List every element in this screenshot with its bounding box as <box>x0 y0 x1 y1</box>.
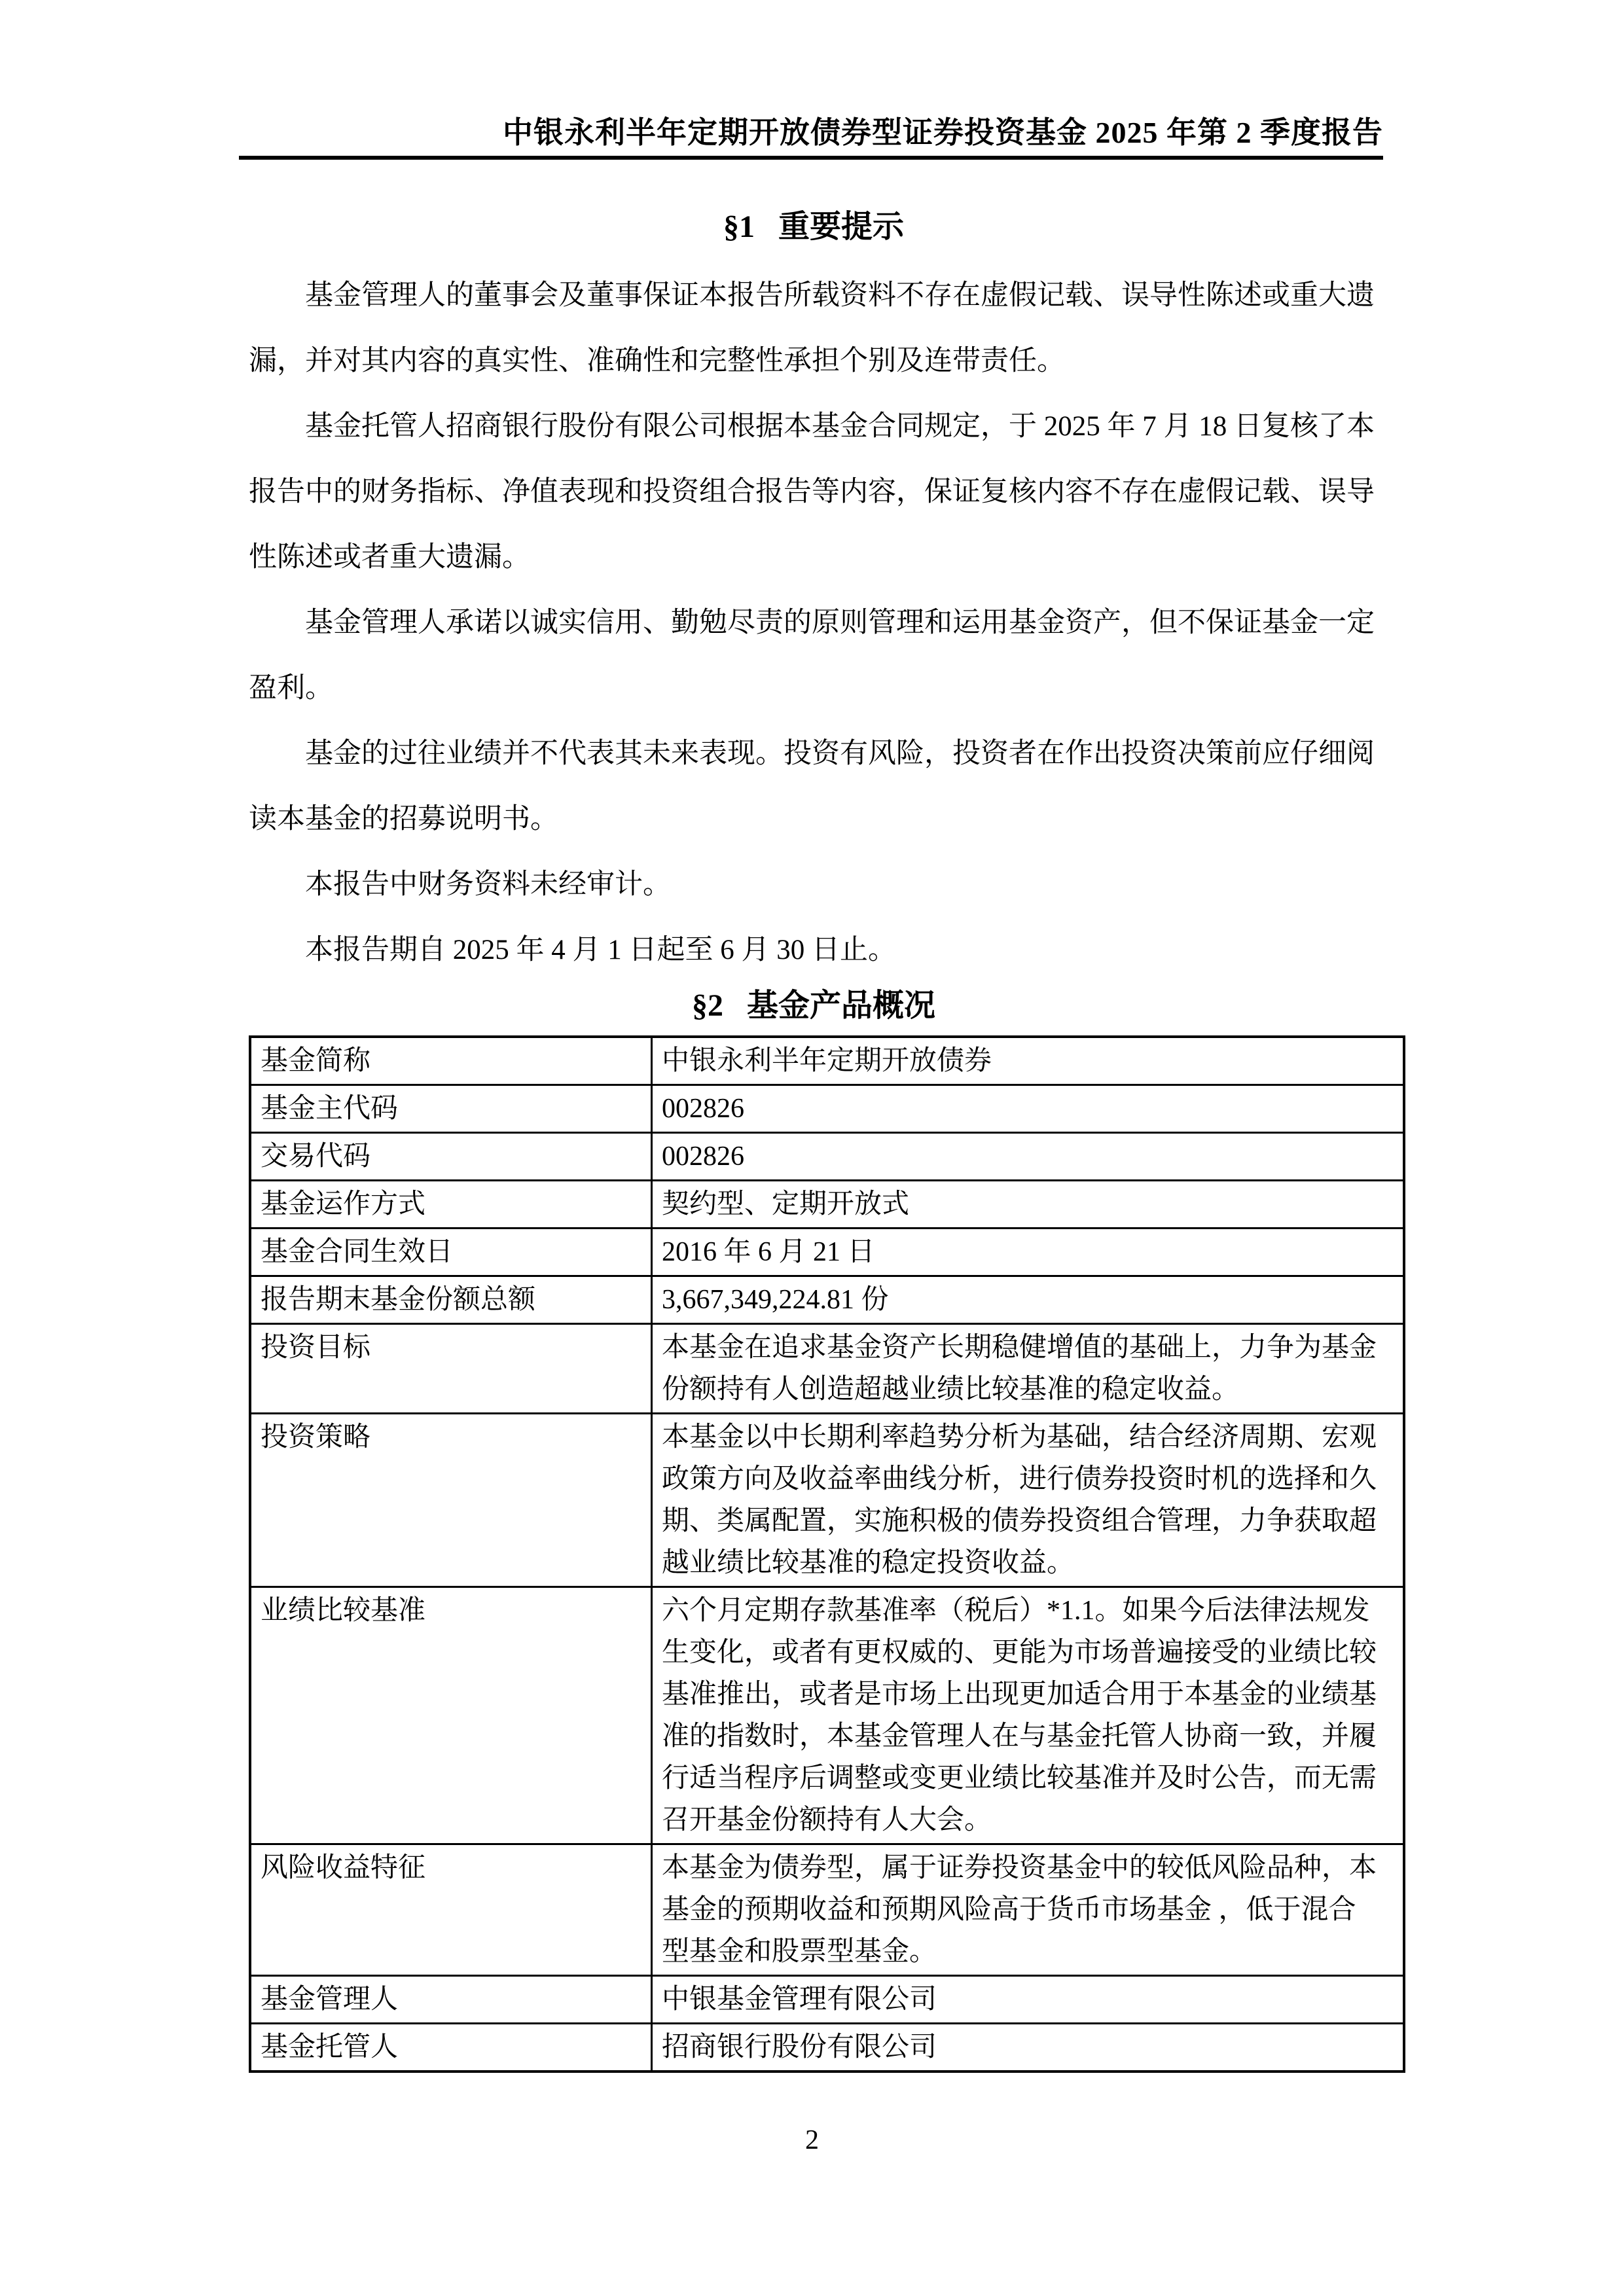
page-header: 中银永利半年定期开放债券型证券投资基金 2025 年第 2 季度报告 <box>239 0 1383 160</box>
row-label: 基金托管人 <box>250 2024 652 2072</box>
row-value: 002826 <box>652 1133 1405 1181</box>
row-value: 本基金为债券型，属于证券投资基金中的较低风险品种，本 基金的预期收益和预期风险高… <box>652 1844 1405 1976</box>
paragraph-report-period: 本报告期自 2025 年 4 月 1 日起至 6 月 30 日止。 <box>249 918 1379 983</box>
row-label: 基金合同生效日 <box>250 1229 652 1276</box>
report-page: 中银永利半年定期开放债券型证券投资基金 2025 年第 2 季度报告 §1重要提… <box>0 0 1624 2296</box>
table-row-risk-return-profile: 风险收益特征 本基金为债券型，属于证券投资基金中的较低风险品种，本 基金的预期收… <box>250 1844 1404 1976</box>
row-label: 基金管理人 <box>250 1976 652 2024</box>
report-header-title: 中银永利半年定期开放债券型证券投资基金 2025 年第 2 季度报告 <box>503 114 1383 156</box>
fund-overview-table: 基金简称 中银永利半年定期开放债券 基金主代码 002826 交易代码 0028… <box>249 1035 1405 2073</box>
table-row-investment-objective: 投资目标 本基金在追求基金资产长期稳健增值的基础上，力争为基金 份额持有人创造超… <box>250 1324 1404 1414</box>
table-row-fund-custodian: 基金托管人 招商银行股份有限公司 <box>250 2024 1404 2072</box>
section2-heading: §2基金产品概况 <box>249 986 1379 1026</box>
section1-paragraphs: 基金管理人的董事会及董事保证本报告所载资料不存在虚假记载、误导性陈述或重大遗 漏… <box>249 263 1379 983</box>
section1-heading: §1重要提示 <box>249 207 1379 247</box>
row-value: 中银永利半年定期开放债券 <box>652 1037 1405 1085</box>
row-label: 基金运作方式 <box>250 1181 652 1229</box>
paragraph-unaudited: 本报告中财务资料未经审计。 <box>249 852 1379 918</box>
paragraph-past-performance: 基金的过往业绩并不代表其未来表现。投资有风险，投资者在作出投资决策前应仔细阅 读… <box>249 721 1379 852</box>
page-content: §1重要提示 基金管理人的董事会及董事保证本报告所载资料不存在虚假记载、误导性陈… <box>249 160 1379 2073</box>
table-row-performance-benchmark: 业绩比较基准 六个月定期存款基准率（税后）*1.1。如果今后法律法规发 生变化，… <box>250 1587 1404 1844</box>
paragraph-custodian-review: 基金托管人招商银行股份有限公司根据本基金合同规定，于 2025 年 7 月 18… <box>249 394 1379 590</box>
paragraph-board-guarantee: 基金管理人的董事会及董事保证本报告所载资料不存在虚假记载、误导性陈述或重大遗 漏… <box>249 263 1379 394</box>
section1-number: §1 <box>723 209 755 244</box>
row-label: 投资策略 <box>250 1414 652 1587</box>
table-row-fund-manager: 基金管理人 中银基金管理有限公司 <box>250 1976 1404 2024</box>
table-row-operation-mode: 基金运作方式 契约型、定期开放式 <box>250 1181 1404 1229</box>
row-label: 交易代码 <box>250 1133 652 1181</box>
row-label: 投资目标 <box>250 1324 652 1414</box>
section2-title: 基金产品概况 <box>747 988 935 1023</box>
table-row-fund-short-name: 基金简称 中银永利半年定期开放债券 <box>250 1037 1404 1085</box>
row-label: 报告期末基金份额总额 <box>250 1276 652 1324</box>
page-footer: 2 <box>0 2123 1624 2157</box>
table-row-investment-strategy: 投资策略 本基金以中长期利率趋势分析为基础，结合经济周期、宏观 政策方向及收益率… <box>250 1414 1404 1587</box>
row-value: 招商银行股份有限公司 <box>652 2024 1405 2072</box>
row-value: 本基金在追求基金资产长期稳健增值的基础上，力争为基金 份额持有人创造超越业绩比较… <box>652 1324 1405 1414</box>
table-row-total-shares: 报告期末基金份额总额 3,667,349,224.81 份 <box>250 1276 1404 1324</box>
paragraph-manager-promise: 基金管理人承诺以诚实信用、勤勉尽责的原则管理和运用基金资产，但不保证基金一定 盈… <box>249 590 1379 721</box>
section1-title: 重要提示 <box>778 209 904 244</box>
row-value: 契约型、定期开放式 <box>652 1181 1405 1229</box>
row-value: 002826 <box>652 1085 1405 1133</box>
table-row-fund-main-code: 基金主代码 002826 <box>250 1085 1404 1133</box>
row-value: 中银基金管理有限公司 <box>652 1976 1405 2024</box>
table-row-contract-effective-date: 基金合同生效日 2016 年 6 月 21 日 <box>250 1229 1404 1276</box>
page-number: 2 <box>805 2125 819 2155</box>
row-value: 2016 年 6 月 21 日 <box>652 1229 1405 1276</box>
row-value: 3,667,349,224.81 份 <box>652 1276 1405 1324</box>
row-value: 六个月定期存款基准率（税后）*1.1。如果今后法律法规发 生变化，或者有更权威的… <box>652 1587 1405 1844</box>
section2-number: §2 <box>692 988 723 1023</box>
row-label: 业绩比较基准 <box>250 1587 652 1844</box>
row-label: 基金主代码 <box>250 1085 652 1133</box>
table-row-trading-code: 交易代码 002826 <box>250 1133 1404 1181</box>
row-label: 基金简称 <box>250 1037 652 1085</box>
row-value: 本基金以中长期利率趋势分析为基础，结合经济周期、宏观 政策方向及收益率曲线分析，… <box>652 1414 1405 1587</box>
row-label: 风险收益特征 <box>250 1844 652 1976</box>
